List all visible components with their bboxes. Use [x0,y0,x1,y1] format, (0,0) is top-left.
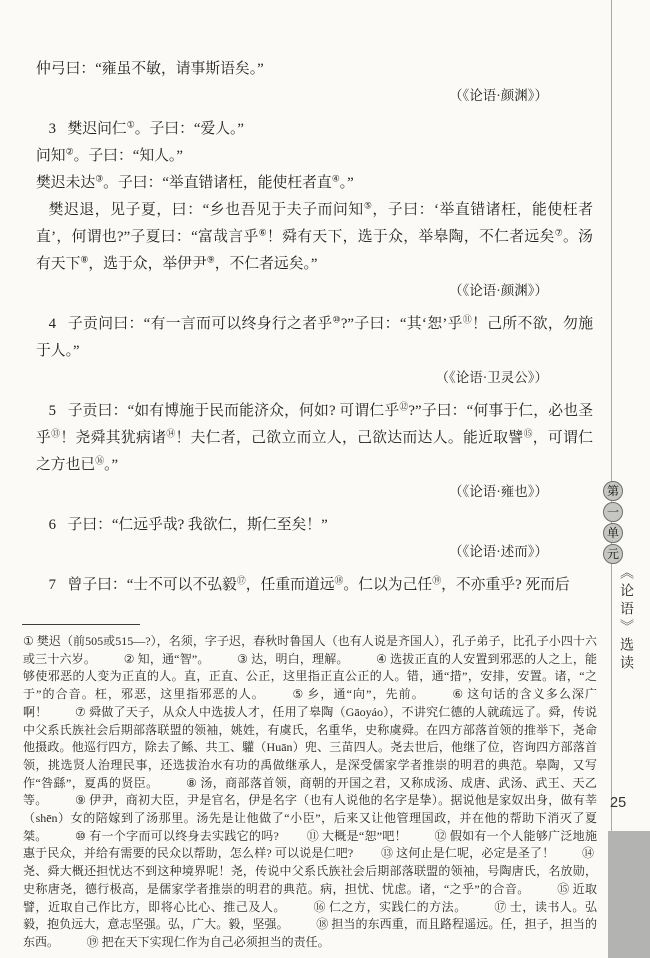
passage-paragraph: 樊迟退，见子夏，曰：“乡也吾见于夫子而问知⑤，子曰：‘举直错诸枉，能使枉者直’，… [36,197,593,278]
footnote-ref: ④ [332,174,340,184]
footnote-item: ⑬这何止是仁呢，必定是圣了！ [381,846,555,860]
footnote-ref: ③ [95,174,103,184]
passage: 3樊迟问仁①。子曰：“爱人。”问知②。子曰：“知人。”樊迟未达③。子曰：“举直错… [36,116,593,302]
footnote-number: ⑯ [313,900,326,914]
footnote-ref: ⑭ [166,429,175,439]
passage-paragraph: 问知②。子曰：“知人。” [36,143,593,170]
unit-badge: 第 一 单 元 [603,481,623,565]
source-citation: （《论语·颜渊》） [36,279,593,302]
passage-paragraph: 6子曰：“仁远乎哉? 我欲仁，斯仁至矣！” [36,512,593,539]
unit-char-circle: 第 [603,481,623,501]
footnote-number: ⑦ [75,705,86,719]
passage: 5子贡曰：“如有博施于民而能济众，何如? 可谓仁乎⑫?”子曰：“何事于仁，必也圣… [36,398,593,503]
footnote-number: ⑧ [186,776,197,790]
footnote-ref: ⑲ [432,576,441,586]
unit-char-circle: 一 [603,502,623,522]
footnote-ref: ⑧ [80,255,88,265]
footnote-number: ⑰ [494,900,507,914]
page-number: 25 [610,795,644,811]
footnote-number: ⑥ [452,687,464,701]
footnote-number: ⑮ [557,882,569,896]
passage: 6子曰：“仁远乎哉? 我欲仁，斯仁至矣！”（《论语·述而》） [36,512,593,563]
source-citation: （《论语·雍也》） [36,480,593,503]
footnote-ref: ⑬ [51,429,60,439]
passage-paragraph: 4子贡问曰：“有一言而可以终身行之者乎⑩?”子曰：“其‘恕’乎⑪！己所不欲，勿施… [36,311,593,365]
footnote-item: ③达，明白，理解。 [237,652,348,666]
footnote-number: ⑭ [582,846,594,860]
footnote-ref: ⑨ [207,255,215,265]
passage-number: 7 [49,577,56,593]
footnote-ref: ⑱ [335,576,344,586]
footnote-ref: ⑰ [237,576,246,586]
footnote-ref: ② [66,147,74,157]
passage-paragraph: 5子贡曰：“如有博施于民而能济众，何如? 可谓仁乎⑫?”子曰：“何事于仁，必也圣… [36,398,593,479]
footnote-ref: ⑤ [364,201,373,211]
passage-number: 4 [49,316,56,332]
sidebar-divider-line [611,0,612,958]
source-citation: （《论语·颜渊》） [36,84,593,107]
footnote-item: ②知，通“智”。 [124,652,210,666]
footnote-ref: ⑩ [333,315,341,325]
passage-number: 3 [49,121,56,137]
footnote-item: ⑲把在天下实现仁作为自己必须担当的责任。 [87,935,330,949]
footnote-number: ⑩ [75,829,86,843]
footnote-number: ⑫ [435,829,447,843]
footnote-number: ③ [237,652,248,666]
footnote-number: ⑤ [292,687,304,701]
footnote-number: ② [124,652,135,666]
footnote-number: ⑬ [381,846,393,860]
unit-char-circle: 元 [603,544,623,564]
footnote-number: ⑱ [316,917,328,931]
footnotes-text: ①樊迟（前505或515—?），名须，字子迟，春秋时鲁国人（也有人说是齐国人），… [23,633,597,952]
passage: 7曾子曰：“士不可以不弘毅⑰，任重而道远⑱。仁以为己任⑲，不亦重乎? 死而后 [36,572,593,599]
passage-paragraph: 樊迟未达③。子曰：“举直错诸枉，能使枉者直④。” [36,170,593,197]
footnote-ref: ⑫ [399,402,408,412]
passage-paragraph: 7曾子曰：“士不可以不弘毅⑰，任重而道远⑱。仁以为己任⑲，不亦重乎? 死而后 [36,572,593,599]
passages: 仲弓曰：“雍虽不敏，请事斯语矣。”（《论语·颜渊》）3樊迟问仁①。子曰：“爱人。… [36,56,593,608]
source-citation: （《论语·卫灵公》） [36,366,593,389]
passage-number: 6 [49,517,56,533]
book-title-vertical: 《论语》选读 [615,565,635,765]
footnote-number: ⑪ [306,829,319,843]
unit-char-circle: 单 [603,523,623,543]
footnote-ref: ⑥ [259,228,267,238]
footnote-number: ⑨ [75,793,86,807]
footnote-number: ⑲ [87,935,99,949]
passage: 4子贡问曰：“有一言而可以终身行之者乎⑩?”子曰：“其‘恕’乎⑪！己所不欲，勿施… [36,311,593,389]
footnote-number: ④ [376,652,387,666]
footnote-item: ⑯仁之方，实践仁的方法。 [313,900,466,914]
footnote-item: ⑪大概是“恕”吧！ [306,829,407,843]
page-corner-block [608,831,650,958]
footnote-item: ⑤乡，通“向”，先前。 [292,687,424,701]
source-citation: （《论语·述而》） [36,540,593,563]
footnote-ref: ① [127,120,135,130]
passage-paragraph: 仲弓曰：“雍虽不敏，请事斯语矣。” [36,56,593,83]
footnote-ref: ⑦ [555,228,563,238]
footnote-ref: ⑮ [524,429,533,439]
footnote-item: ⑩有一个字而可以终身去实践它的吗? [75,829,279,843]
footnote-separator-rule [22,624,140,625]
passage: 仲弓曰：“雍虽不敏，请事斯语矣。”（《论语·颜渊》） [36,56,593,107]
footnote-number: ① [23,634,34,648]
footnote-ref: ⑪ [463,315,472,325]
footnote-ref: ⑯ [95,456,104,466]
passage-paragraph: 3樊迟问仁①。子曰：“爱人。” [36,116,593,143]
passage-number: 5 [49,403,56,419]
